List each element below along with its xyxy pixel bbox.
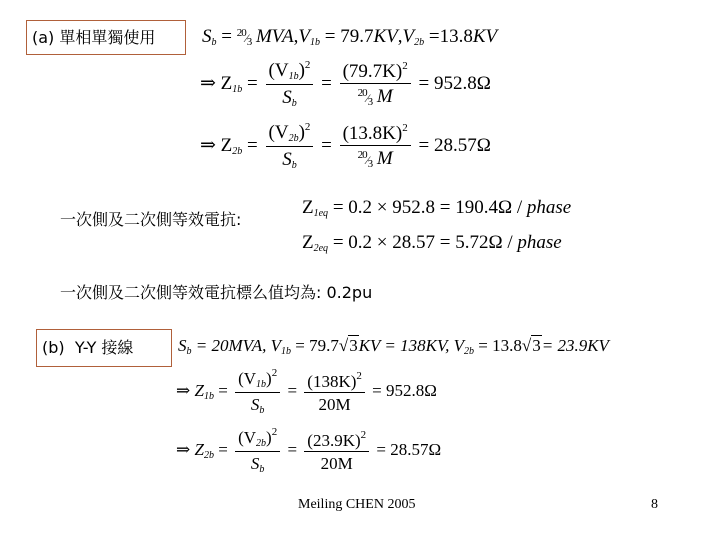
equiv-reactance-label: 一次側及二次側等效電抗: xyxy=(60,207,241,230)
per-unit-statement: 一次側及二次側等效電抗標么值均為: 0.2pu xyxy=(60,280,372,303)
section-b-base-values: Sb = 20MVA, V1b = 79.7√3KV = 138KV, V2b … xyxy=(178,337,609,357)
section-b-z1b-equation: ⇒ Z1b = (V1b)2 Sb = (138K)2 20M = 952.8Ω xyxy=(176,368,437,416)
page-number: 8 xyxy=(651,497,658,513)
section-a-label: (a) 單相單獨使用 xyxy=(26,20,186,55)
footer-author: Meiling CHEN 2005 xyxy=(298,497,415,513)
section-a-z2b-equation: ⇒ Z2b = (V2b)2 Sb = (13.8K)2 20⁄3 M = 28… xyxy=(200,122,491,171)
section-a-z1b-equation: ⇒ Z1b = (V1b)2 Sb = (79.7K)2 20⁄3 M = 95… xyxy=(200,60,491,109)
section-b-z2b-equation: ⇒ Z2b = (V2b)2 Sb = (23.9K)2 20M = 28.57… xyxy=(176,427,441,475)
section-b-label: (b) Y-Y 接線 xyxy=(36,329,172,367)
z2eq-equation: Z2eq = 0.2 × 28.57 = 5.72Ω / phase xyxy=(302,233,562,254)
z1eq-equation: Z1eq = 0.2 × 952.8 = 190.4Ω / phase xyxy=(302,198,571,219)
section-a-base-values: Sb = 20⁄3 MVA,V1b = 79.7KV,V2b =13.8KV xyxy=(202,27,497,48)
